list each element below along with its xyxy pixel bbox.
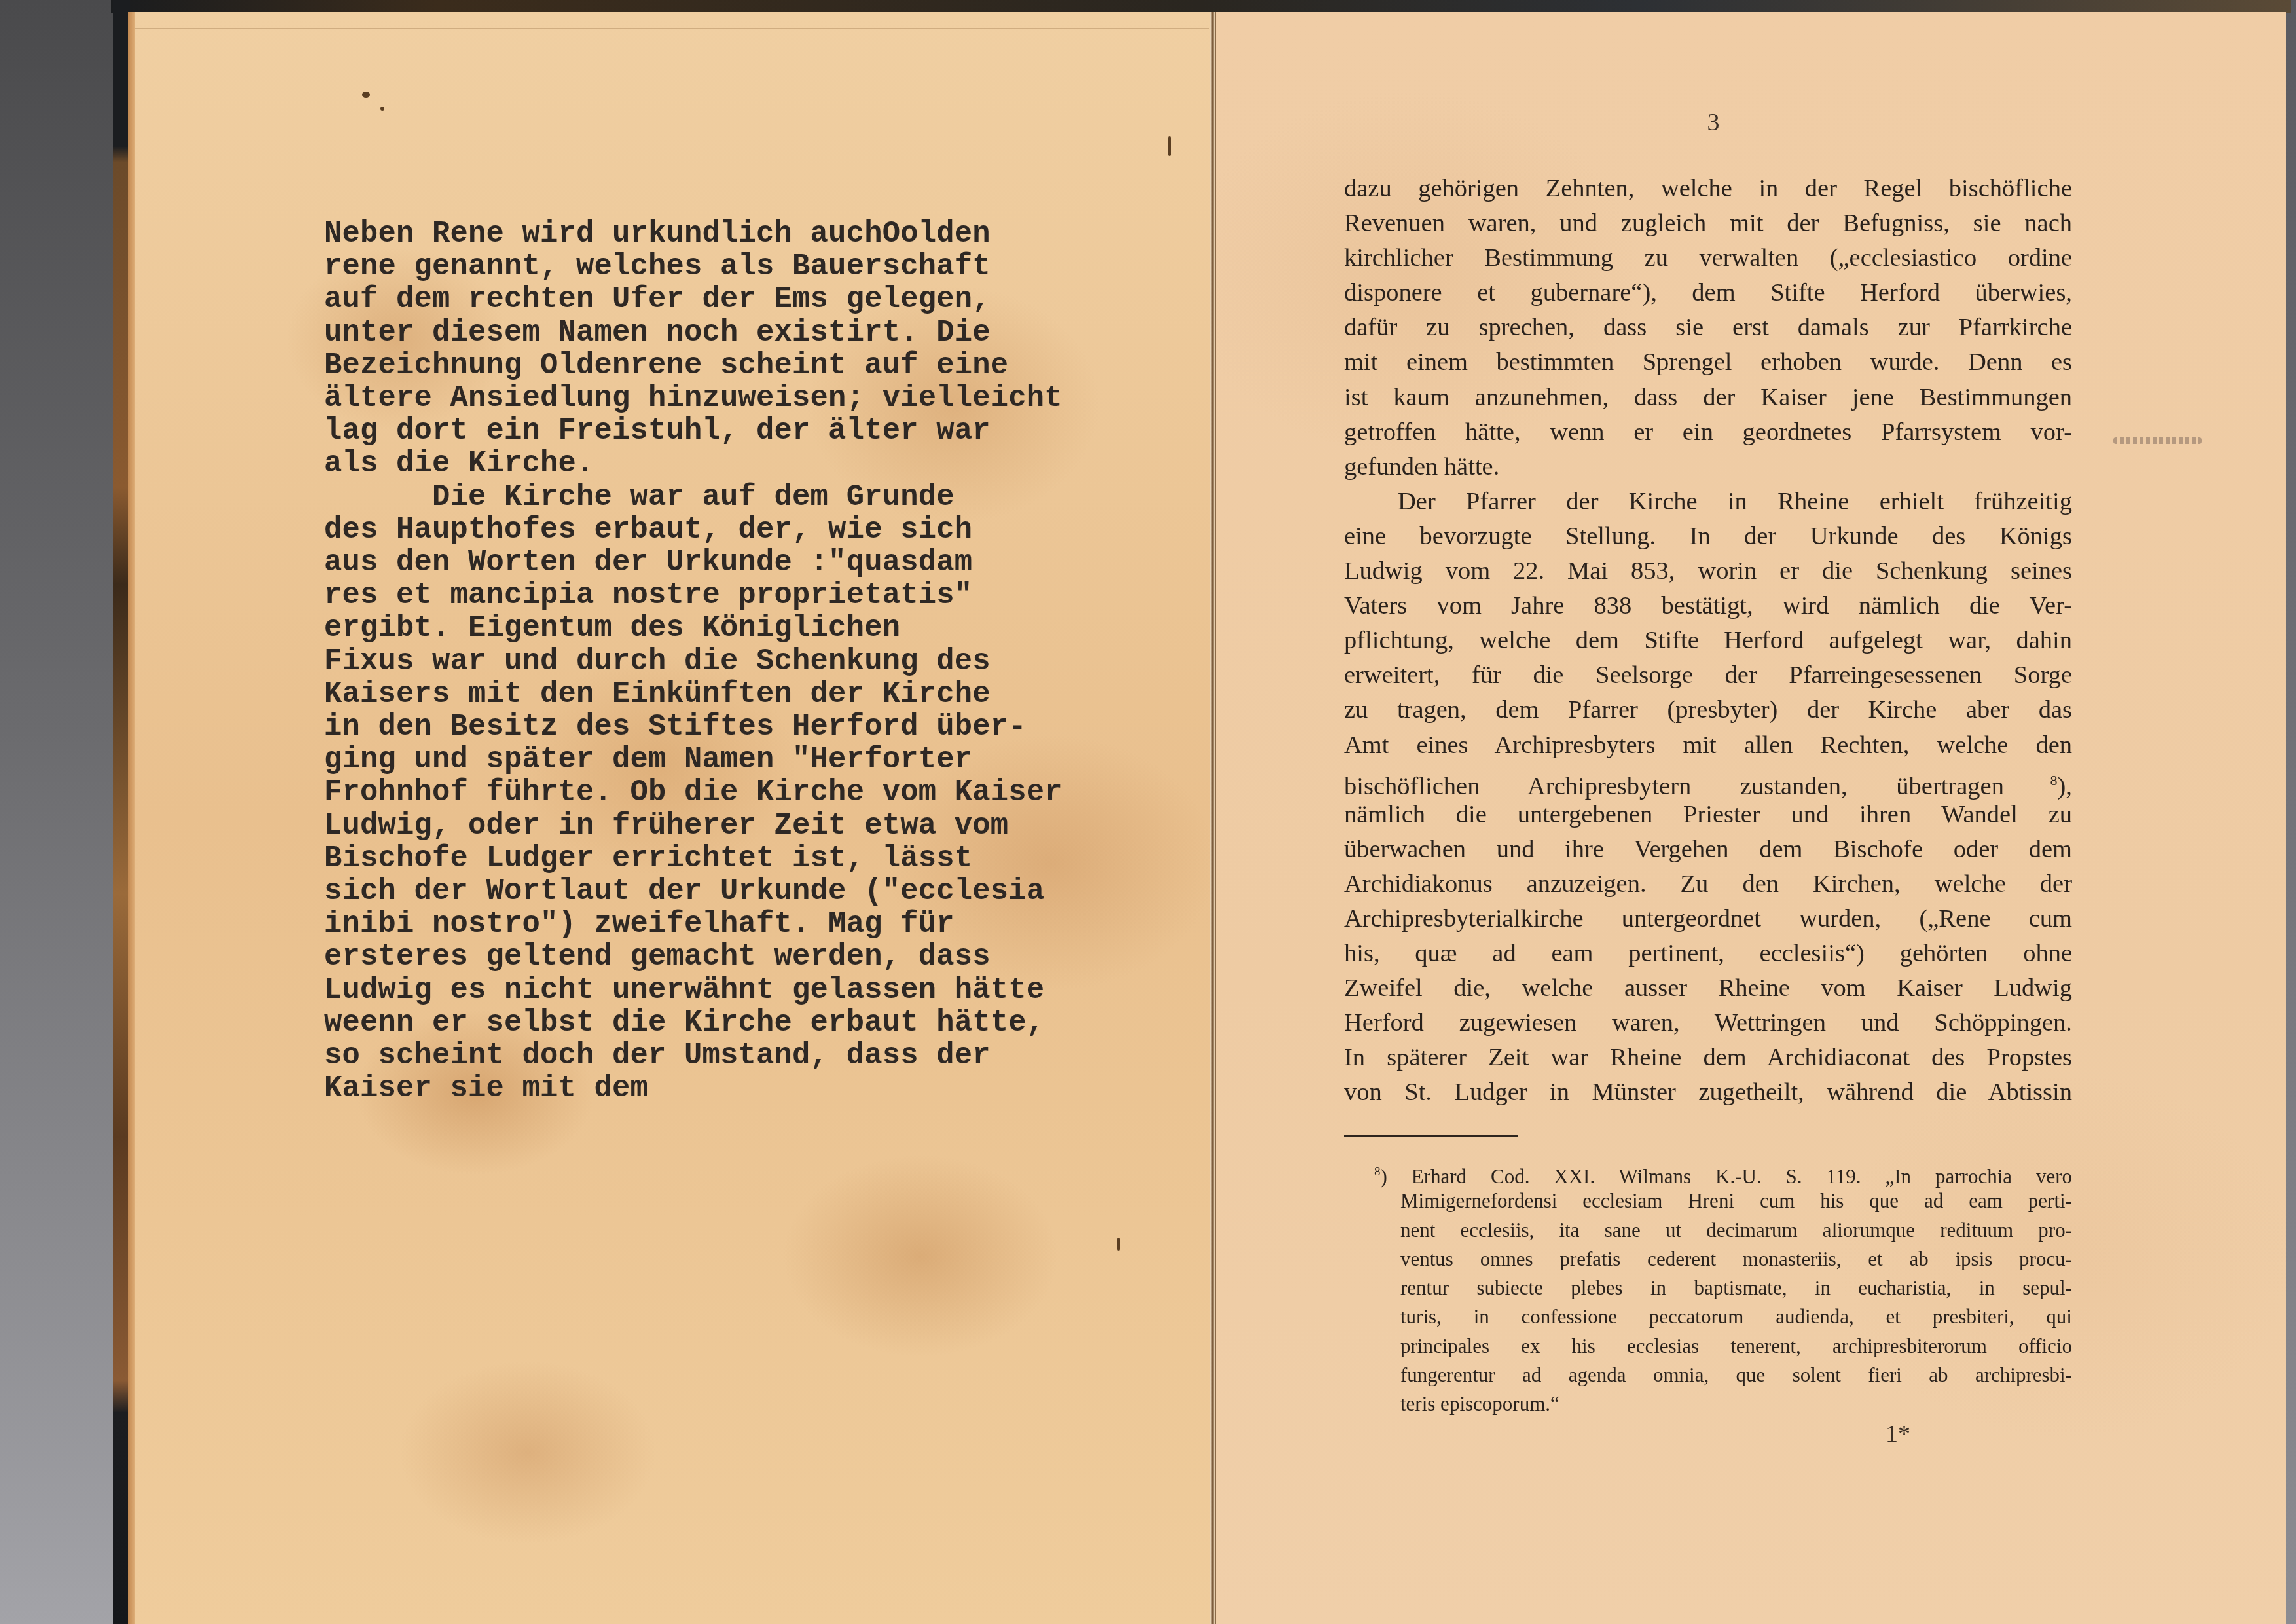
book-cover-top <box>111 0 2291 13</box>
text-line: In späterer Zeit war Rheine dem Archidia… <box>1344 1041 2072 1075</box>
typed-line: des Haupthofes erbaut, der, wie sich <box>324 513 1063 546</box>
text-line: von St. Ludger in Münster zugetheilt, wä… <box>1344 1075 2072 1110</box>
typed-line: sich der Wortlaut der Urkunde ("ecclesia <box>324 875 1063 908</box>
typed-line: ergibt. Eigentum des Königlichen <box>324 612 1063 644</box>
typed-line: Neben Rene wird urkundlich auchOolden <box>324 217 1063 250</box>
typed-line: in den Besitz des Stiftes Herford über- <box>324 710 1063 743</box>
text-line: nämlich die untergebenen Priester und ih… <box>1344 798 2072 832</box>
signature-mark: 1* <box>1886 1420 1910 1449</box>
typed-line: ersteres geltend gemacht werden, dass <box>324 940 1063 973</box>
text-line: kirchlicher Bestimmung zu verwalten („ec… <box>1344 241 2072 276</box>
text-line: dazu gehörigen Zehnten, welche in der Re… <box>1344 172 2072 206</box>
typewritten-text-block: Neben Rene wird urkundlich auchOoldenren… <box>324 217 1063 1105</box>
paper-speck <box>362 92 370 98</box>
text-line: dafür zu sprechen, dass sie erst damals … <box>1344 310 2072 345</box>
typed-line: so scheint doch der Umstand, dass der <box>324 1039 1063 1072</box>
typed-line: Kaisers mit den Einkünften der Kirche <box>324 678 1063 710</box>
scanner-bed-edge <box>2285 0 2296 1624</box>
typed-line: als die Kirche. <box>324 447 1063 480</box>
typed-line: rene genannt, welches als Bauerschaft <box>324 250 1063 283</box>
footnote-line: rentur subiecte plebes in baptismate, in… <box>1344 1274 2072 1302</box>
footnote-line: nent ecclesiis, ita sane ut decimarum al… <box>1344 1216 2072 1245</box>
paper-speck <box>380 107 384 111</box>
footnote-line: fungerentur ad agenda omnia, que solent … <box>1344 1361 2072 1390</box>
text-line: bischöflichen Archipresbytern zustanden,… <box>1344 763 2072 798</box>
typed-line: inibi nostro") zweifelhaft. Mag für <box>324 908 1063 940</box>
paper-fold-line <box>135 28 1209 29</box>
typed-line: Ludwig es nicht unerwähnt gelassen hätte <box>324 974 1063 1006</box>
typed-line: Kaiser sie mit dem <box>324 1072 1063 1105</box>
text-line: Der Pfarrer der Kirche in Rheine erhielt… <box>1344 485 2072 519</box>
footnote-line: Mimigernefordensi ecclesiam Hreni cum hi… <box>1344 1187 2072 1215</box>
text-line: Herford zugewiesen waren, Wettringen und… <box>1344 1006 2072 1041</box>
typed-line: Ludwig, oder in früherer Zeit etwa vom <box>324 809 1063 842</box>
typed-line: Fixus war und durch die Schenkung des <box>324 645 1063 678</box>
text-line: disponere et gubernare“), dem Stifte Her… <box>1344 276 2072 310</box>
book-spine <box>113 0 130 1624</box>
typed-line: unter diesem Namen noch existirt. Die <box>324 316 1063 349</box>
text-line: Amt eines Archipresbyters mit allen Rech… <box>1344 728 2072 763</box>
text-line: gefunden hätte. <box>1344 450 2072 485</box>
text-line: his, quæ ad eam pertinent, ecclesiis“) g… <box>1344 936 2072 971</box>
ink-mark <box>1117 1238 1120 1251</box>
ink-mark <box>1168 136 1171 156</box>
text-line: eine bevorzugte Stellung. In der Urkunde… <box>1344 519 2072 554</box>
text-line: ist kaum anzunehmen, dass der Kaiser jen… <box>1344 380 2072 415</box>
typed-line: lag dort ein Freistuhl, der älter war <box>324 415 1063 447</box>
text-line: überwachen und ihre Vergehen dem Bischof… <box>1344 832 2072 867</box>
text-line: Zweifel die, welche ausser Rheine vom Ka… <box>1344 971 2072 1006</box>
text-line: Archidiakonus anzuzeigen. Zu den Kirchen… <box>1344 867 2072 902</box>
typed-line: Frohnhof führte. Ob die Kirche vom Kaise… <box>324 776 1063 809</box>
text-line: Archipresbyterialkirche untergeordnet wu… <box>1344 902 2072 936</box>
text-line: getroffen hätte, wenn er ein geordnetes … <box>1344 415 2072 450</box>
typed-line: res et mancipia nostre proprietatis" <box>324 579 1063 612</box>
footnote: 8) Erhard Cod. XXI. Wilmans K.-U. S. 119… <box>1344 1158 2072 1419</box>
pencil-marginalia <box>2113 437 2202 444</box>
footnote-line: teris episcoporum.“ <box>1344 1390 2072 1418</box>
footnote-reference: 8 <box>2004 772 2058 788</box>
typed-line: ging und später dem Namen "Herforter <box>324 743 1063 776</box>
typed-line: Bezeichnung Oldenrene scheint auf eine <box>324 349 1063 382</box>
typed-line: Bischofe Ludger errichtet ist, lässt <box>324 842 1063 875</box>
page-number: 3 <box>1676 108 1751 137</box>
text-line: Revenuen waren, und zugleich mit der Bef… <box>1344 206 2072 241</box>
text-line: erweitert, für die Seelsorge der Pfarrei… <box>1344 658 2072 693</box>
typed-line: ältere Ansiedlung hinzuweisen; vielleich… <box>324 382 1063 415</box>
typed-line: auf dem rechten Ufer der Ems gelegen, <box>324 283 1063 316</box>
text-line: mit einem bestimmten Sprengel erhoben wu… <box>1344 345 2072 380</box>
text-line: zu tragen, dem Pfarrer (presbyter) der K… <box>1344 693 2072 728</box>
book-gutter <box>1210 12 1215 1624</box>
typed-line: Die Kirche war auf dem Grunde <box>324 481 1063 513</box>
text-line: Ludwig vom 22. Mai 853, worin er die Sch… <box>1344 554 2072 589</box>
typed-line: weenn er selbst die Kirche erbaut hätte, <box>324 1006 1063 1039</box>
printed-body-text: dazu gehörigen Zehnten, welche in der Re… <box>1344 172 2072 1111</box>
footnote-line: 8) Erhard Cod. XXI. Wilmans K.-U. S. 119… <box>1344 1158 2072 1187</box>
footnote-separator <box>1344 1135 1518 1137</box>
text-line: Vaters vom Jahre 838 bestätigt, wird näm… <box>1344 589 2072 623</box>
footnote-marker: 8 <box>1374 1165 1381 1179</box>
footnote-line: ventus omnes prefatis cederent monasteri… <box>1344 1245 2072 1274</box>
text-line: pflichtung, welche dem Stifte Herford au… <box>1344 623 2072 658</box>
footnote-line: principales ex his ecclesias tenerent, a… <box>1344 1332 2072 1361</box>
typed-line: aus den Worten der Urkunde :"quasdam <box>324 546 1063 579</box>
footnote-line: turis, in confessione peccatorum audiend… <box>1344 1302 2072 1331</box>
